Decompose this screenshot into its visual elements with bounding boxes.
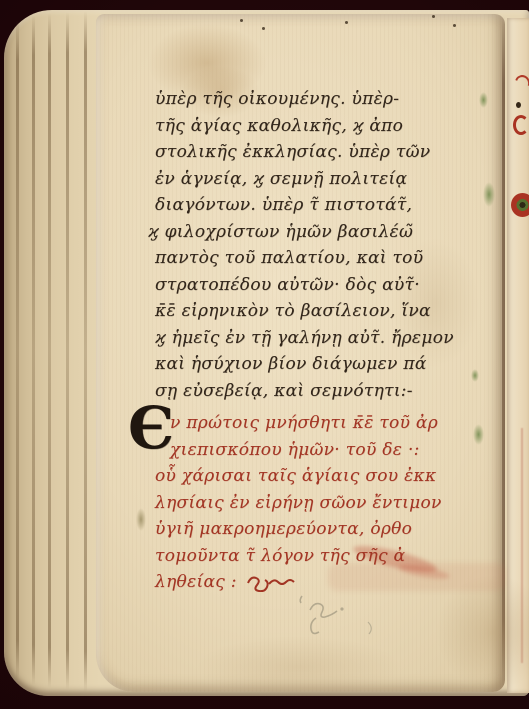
ink-dot-ornament — [516, 102, 521, 108]
page-edge-line — [16, 20, 19, 680]
page-edge-line — [66, 12, 69, 690]
text-block: ὑπὲρ τῆς οἰκουμένης. ὑπὲρ- τῆς ἁγίας καθ… — [155, 86, 490, 596]
gutter-crease — [502, 16, 505, 689]
rubric-line-text: ληθείας : — [155, 572, 237, 592]
text-line: ἐν ἁγνείᾳ, ϗ σεμνῇ πολιτείᾳ — [155, 166, 490, 193]
rubric-line: οὗ χάρισαι ταῖς ἁγίαις σου ἐκκ — [155, 463, 490, 490]
text-line: ὑπὲρ τῆς οἰκουμένης. ὑπὲρ- — [155, 86, 490, 113]
red-streak — [521, 428, 523, 663]
ink-speck — [453, 24, 456, 27]
rubric-line: λησίαις ἐν εἰρήνῃ σῶον ἔντιμον — [155, 490, 490, 517]
text-line: ϗ φιλοχρίστων ἡμῶν βασιλέω̃ — [148, 219, 490, 246]
rosette-ornament — [511, 193, 529, 217]
page-edge-line — [84, 11, 87, 692]
text-line: σῃ εὐσεβείᾳ, καὶ σεμνότητι:- — [155, 378, 490, 405]
text-line: στολικῆς ἐκκλησίας. ὑπὲρ τῶν — [155, 139, 490, 166]
text-line: ϗ ἡμεῖς ἐν τῇ γαλήνῃ αὐτ̃. ἤρεμον — [155, 325, 490, 352]
text-line: τῆς ἁγίας καθολικῆς, ϗ ἀπο — [155, 113, 490, 140]
rubric-line: ν πρώτοις μνήσθητι κ̄ε̄ τοῦ ἀρ — [155, 410, 490, 437]
text-line: καὶ ἡσύχιον βίον διάγωμεν πά — [155, 351, 490, 378]
facing-page-sliver — [507, 18, 529, 693]
text-line: κ̄ε̄ εἰρηνικὸν τὸ βασίλειον, ἵνα — [155, 298, 490, 325]
text-line: στρατοπέδου αὐτῶν· δὸς αὐτ̃· — [155, 272, 490, 299]
page-edge-line — [32, 15, 35, 685]
manuscript-photo: ὑπὲρ τῆς οἰκουμένης. ὑπὲρ- τῆς ἁγίας καθ… — [0, 0, 529, 709]
end-flourish — [245, 574, 297, 592]
ink-speck — [345, 21, 348, 24]
red-c-ornament — [513, 115, 529, 135]
ink-speck — [240, 19, 243, 22]
rubric-line: τομοῦντα τ̃ λόγον τῆς σῆς ἀ — [155, 543, 490, 570]
ink-speck — [262, 27, 265, 30]
red-arc-ornament — [512, 73, 529, 94]
rubric-line: ληθείας : — [155, 569, 490, 596]
initial-letter-epsilon: Є — [128, 398, 174, 458]
page-edge-line — [48, 13, 51, 688]
ink-speck — [432, 15, 435, 18]
rubric-line: ὑγιῆ μακροημερεύοντα, ὀρθο — [155, 516, 490, 543]
text-line: παντὸς τοῦ παλατίου, καὶ τοῦ — [155, 245, 490, 272]
rubric-line: χιεπισκόπου ἡμῶν· τοῦ δε ·: — [155, 437, 490, 464]
text-line: διαγόντων. ὑπὲρ τ̃ πιστοτάτ̃, — [155, 192, 490, 219]
marginal-scribble — [272, 588, 387, 648]
